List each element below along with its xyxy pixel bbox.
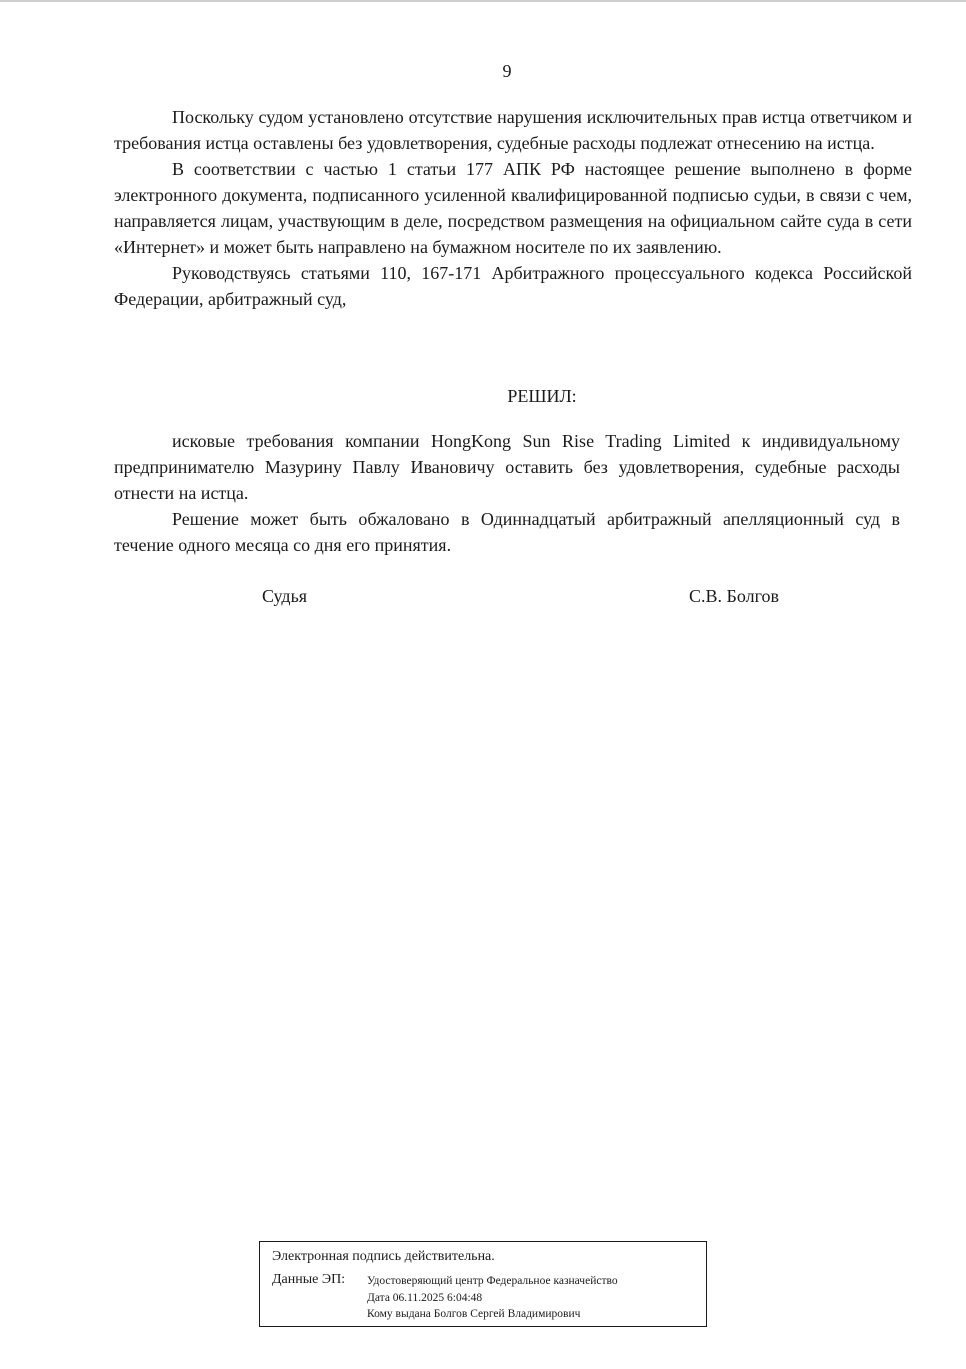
esig-issued-to: Кому выдана Болгов Сергей Владимирович <box>367 1306 618 1323</box>
page-top-border <box>0 0 966 2</box>
paragraph-legal-basis: Руководствуясь статьями 110, 167-171 Арб… <box>114 260 912 312</box>
electronic-signature-stamp: Электронная подпись действительна. Данны… <box>259 1241 707 1327</box>
paragraph-ruling: исковые требования компании HongKong Sun… <box>114 428 900 506</box>
decision-body: исковые требования компании HongKong Sun… <box>114 428 900 558</box>
decision-heading: РЕШИЛ: <box>114 383 966 409</box>
signature-role: Судья <box>262 583 307 609</box>
esig-date: Дата 06.11.2025 6:04:48 <box>367 1290 618 1307</box>
paragraph-appeal: Решение может быть обжаловано в Одиннадц… <box>114 506 900 558</box>
paragraph-electronic-form: В соответствии с частью 1 статьи 177 АПК… <box>114 156 912 260</box>
paragraph-court-costs: Поскольку судом установлено отсутствие н… <box>114 104 912 156</box>
document-body: Поскольку судом установлено отсутствие н… <box>114 104 912 312</box>
esig-issuer: Удостоверяющий центр Федеральное казначе… <box>367 1273 618 1290</box>
esig-label: Данные ЭП: <box>272 1271 345 1289</box>
page-number: 9 <box>0 60 966 82</box>
esig-details: Удостоверяющий центр Федеральное казначе… <box>367 1273 618 1323</box>
esig-status: Электронная подпись действительна. <box>272 1248 495 1266</box>
signature-name: С.В. Болгов <box>689 583 779 609</box>
